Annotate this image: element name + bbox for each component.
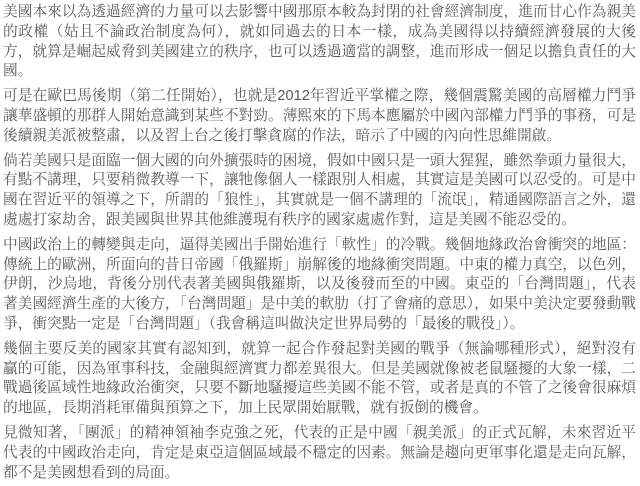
- document-page: 美國本來以為透過經濟的力量可以去影響中國那原本較為封閉的社會經濟制度，進而甘心作…: [0, 0, 640, 486]
- paragraph-1: 美國本來以為透過經濟的力量可以去影響中國那原本較為封閉的社會經濟制度，進而甘心作…: [3, 3, 636, 82]
- paragraph-6: 見微知著，「團派」的精神領袖李克強之死，代表的正是中國「親美派」的正式瓦解，未來…: [3, 424, 636, 483]
- paragraph-2: 可是在歐巴馬後期（第二任開始），也就是2012年習近平掌權之際，幾個震驚美國的高…: [3, 87, 636, 146]
- paragraph-5: 幾個主要反美的國家其實有認知到，就算一起合作發起對美國的戰爭（無論哪種形式），絕…: [3, 340, 636, 419]
- paragraph-3: 倘若美國只是面臨一個大國的向外擴張時的困境，假如中國只是一頭大猩猩，雖然拳頭力量…: [3, 152, 636, 231]
- paragraph-4: 中國政治上的轉變與走向，逼得美國出手開始進行「軟性」的冷戰。幾個地緣政治會衝突的…: [3, 236, 636, 335]
